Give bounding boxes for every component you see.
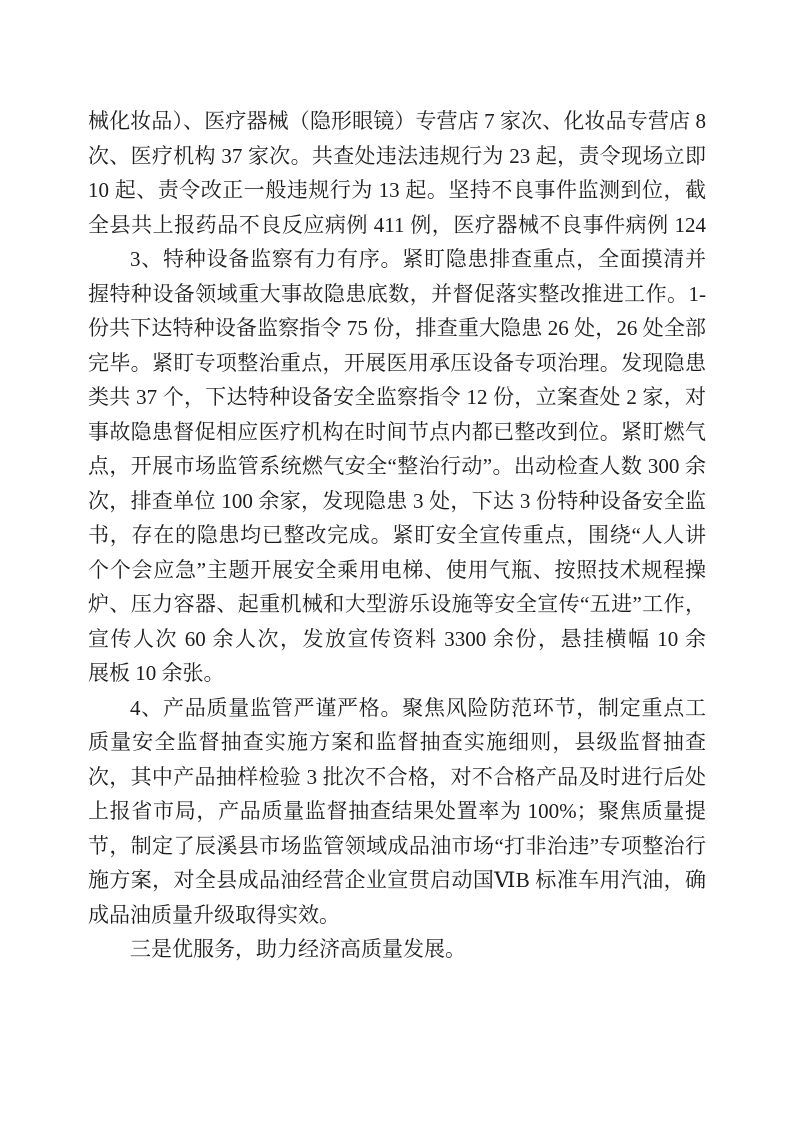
text-line: 4、产品质量监管严谨严格。聚焦风险防范环节，制定重点工业产品 [88,691,706,726]
text-line: 3、特种设备监察有力有序。紧盯隐患排查重点，全面摸清并动态掌 [88,242,706,277]
text-line: 次、医疗机构 37 家次。共查处违法违规行为 23 起，责令现场立即改正 [88,139,706,174]
text-line: 次，其中产品抽样检验 3 批次不合格，对不合格产品及时进行后处理，并 [88,760,706,795]
text-line: 握特种设备领域重大事故隐患底数，并督促落实整改推进工作。1-11 月 [88,277,706,312]
text-line: 宣传人次 60 余人次，发放宣传资料 3300 余份，悬挂横幅 10 余幅，张贴 [88,622,706,657]
text-line: 节，制定了辰溪县市场监管领域成品油市场“打非治违”专项整治行动实 [88,829,706,864]
text-line: 个个会应急”主题开展安全乘用电梯、使用气瓶、按照技术规程操作锅 [88,553,706,588]
text-line: 质量安全监督抽查实施方案和监督抽查实施细则，县级监督抽查 110 批 [88,725,706,760]
text-line: 点，开展市场监管系统燃气安全“整治行动”。出动检查人数 300 余人 [88,449,706,484]
text-line: 展板 10 余张。 [88,656,706,691]
text-line: 三是优服务，助力经济高质量发展。 [88,932,706,967]
text-line: 械化妆品）、医疗器械（隐形眼镜）专营店 7 家次、化妆品专营店 8 家 [88,104,706,139]
text-line: 书，存在的隐患均已整改完成。紧盯安全宣传重点，围绕“人人讲安全， [88,518,706,553]
text-line: 炉、压力容器、起重机械和大型游乐设施等安全宣传“五进”工作，出动 [88,587,706,622]
text-line: 上报省市局，产品质量监督抽查结果处置率为 100%；聚焦质量提升环 [88,794,706,829]
text-line: 全县共上报药品不良反应病例 411 例，医疗器械不良事件病例 124 例。 [88,208,706,243]
text-line: 10 起、责令改正一般违规行为 13 起。坚持不良事件监测到位，截止目前 [88,173,706,208]
document-body: 械化妆品）、医疗器械（隐形眼镜）专营店 7 家次、化妆品专营店 8 家次、医疗机… [88,104,706,967]
text-line: 事故隐患督促相应医疗机构在时间节点内都已整改到位。紧盯燃气排查重 [88,415,706,450]
text-line: 次，排查单位 100 余家，发现隐患 3 处，下达 3 份特种设备安全监察指令 [88,484,706,519]
text-line: 施方案，对全县成品油经营企业宣贯启动国ⅥB 标准车用汽油，确保县内 [88,863,706,898]
text-line: 类共 37 个，下达特种设备安全监察指令 12 份，立案查处 2 家，对存在的 [88,380,706,415]
text-line: 成品油质量升级取得实效。 [88,898,706,933]
text-line: 份共下达特种设备监察指令 75 份，排查重大隐患 26 处，26 处全部整改 [88,311,706,346]
document-page: 械化妆品）、医疗器械（隐形眼镜）专营店 7 家次、化妆品专营店 8 家次、医疗机… [0,0,793,1122]
text-line: 完毕。紧盯专项整治重点，开展医用承压设备专项治理。发现隐患问题 8 [88,346,706,381]
